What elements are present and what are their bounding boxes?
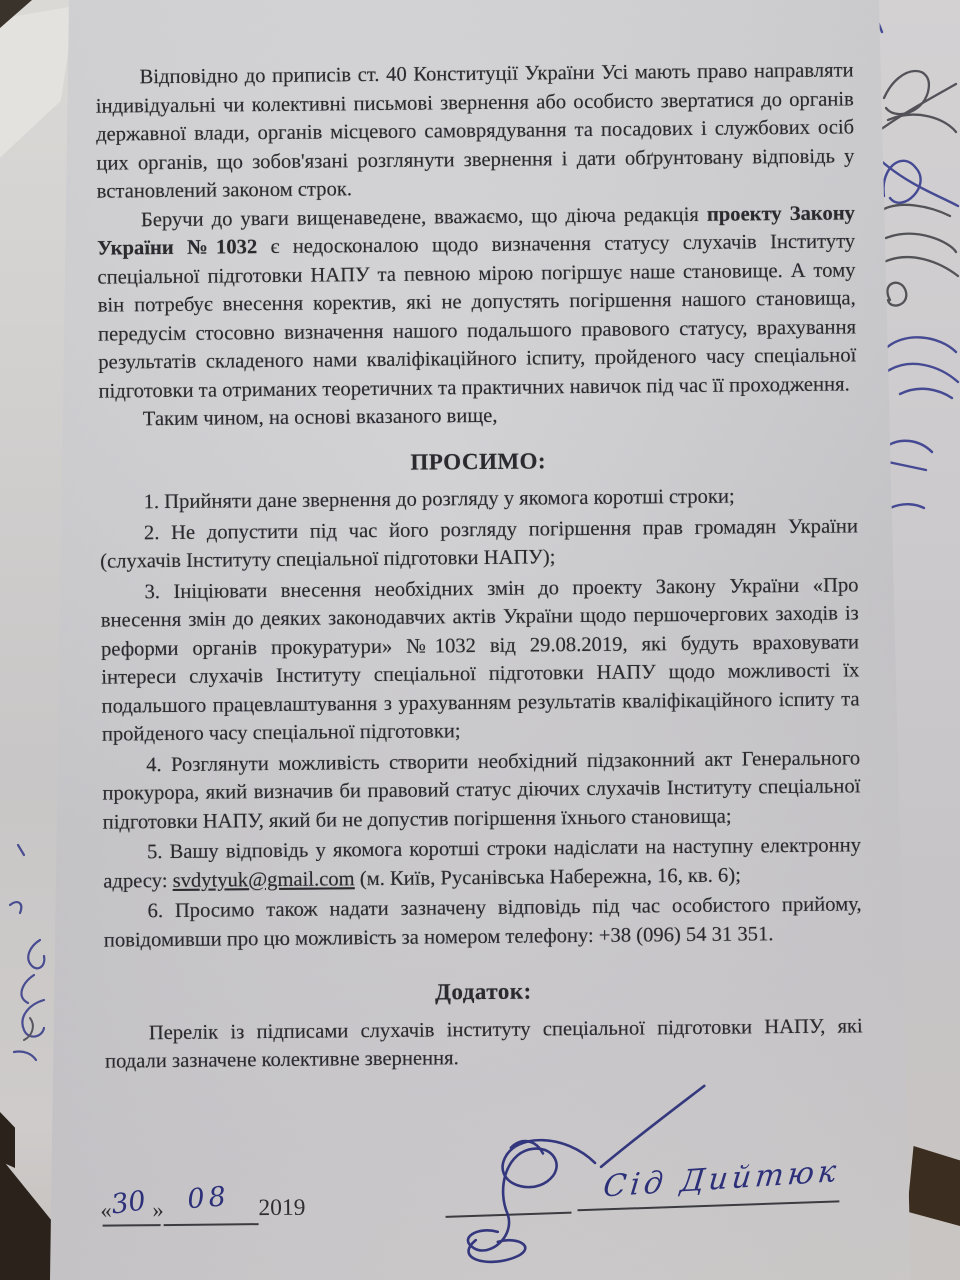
document-page: Відповідно до приписів ст. 40 Конституці…: [0, 0, 960, 1280]
signature-flourish: [0, 0, 960, 1280]
page-tilt-wrapper: Відповідно до приписів ст. 40 Конституці…: [0, 0, 960, 1280]
photo-scene: Відповідно до приписів ст. 40 Конституці…: [0, 0, 960, 1280]
